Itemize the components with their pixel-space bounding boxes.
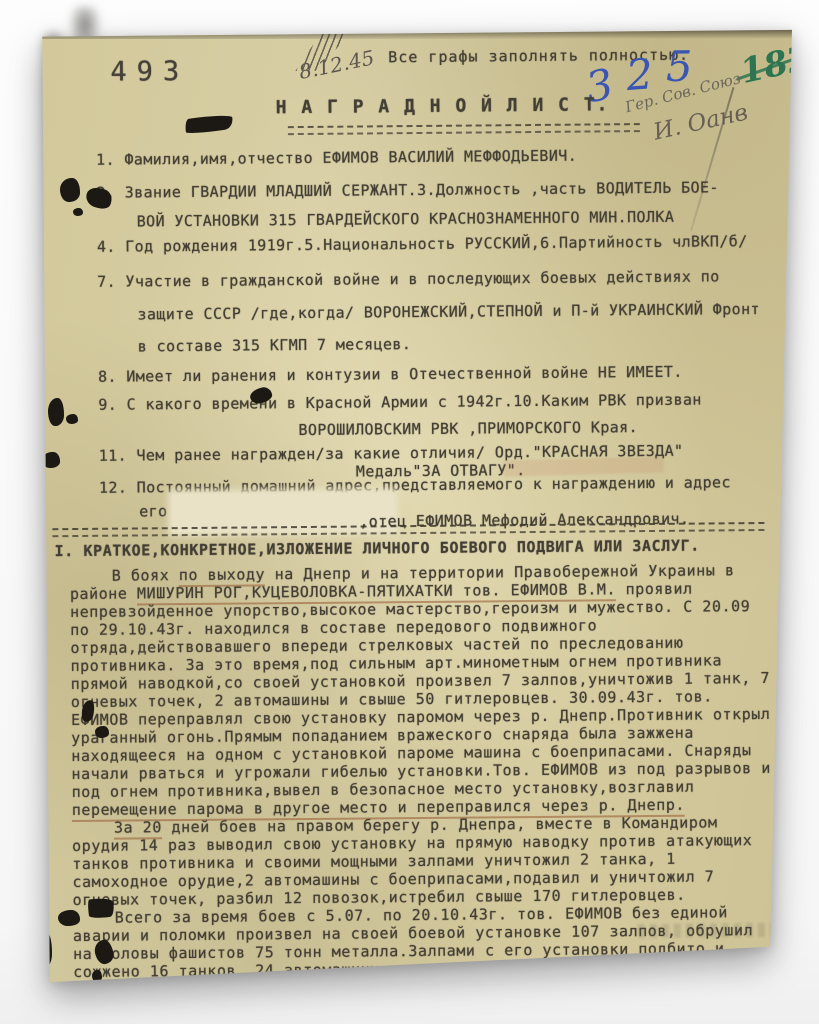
bleed-through-marks — [638, 923, 788, 938]
section-divider — [52, 522, 764, 537]
pencil-date-annotation: 8.12.45 — [297, 45, 377, 84]
text-run: Всего за время боев с 5.07. по 20.10.43г… — [73, 903, 753, 981]
ink-blot — [42, 452, 60, 468]
feat-paragraph-2: За 20 дней боев на правом берегу р. Днеп… — [72, 813, 775, 909]
text-run: проявил непревзойденное упорство,высокое… — [70, 580, 771, 801]
field-rank-line2: ВОЙ УСТАНОВКИ 315 ГВАРДЕЙСКОГО КРАСНОЗНА… — [137, 208, 675, 231]
document-page-wrapper: 493 8.12.45 Все графы заполнять полность… — [40, 28, 795, 985]
text-run: В боях — [112, 566, 179, 585]
page-content: 493 8.12.45 Все графы заполнять полность… — [40, 25, 803, 989]
document-number-stamp: 493 — [110, 56, 189, 88]
field-participation-line1: 7. Участие в гражданской войне и в после… — [97, 267, 720, 290]
field-name: 1. Фамилия,имя,отчество ЕФИМОВ ВАСИЛИЙ М… — [96, 147, 577, 169]
ink-blot — [66, 414, 78, 424]
field-army-since-line1: 9. С какого времени в Красной Армии с 19… — [98, 391, 702, 414]
field-rank-line1: 2. Звание ГВАРДИИ МЛАДШИЙ СЕРЖАНТ.3.Долж… — [96, 178, 719, 201]
field-army-since-line2: ВОРОШИЛОВСКИМ РВК ,ПРИМОРСКОГО Края. — [298, 418, 638, 439]
ink-blot — [48, 398, 64, 426]
section-heading: I. КРАТКОЕ,КОНКРЕТНОЕ,ИЗЛОЖЕНИЕ ЛИЧНОГО … — [54, 537, 699, 561]
ink-blot — [40, 933, 52, 967]
ink-blot — [60, 178, 80, 202]
feat-paragraph-3: Всего за время боев с 5.07. по 20.10.43г… — [73, 903, 776, 981]
pencil-signature: И. Оанв — [651, 99, 750, 145]
document-page: 493 8.12.45 Все графы заполнять полность… — [40, 28, 795, 985]
field-participation-line3: в составе 315 КГМП 7 месяцев. — [138, 335, 412, 355]
field-wounds: 8. Имеет ли ранения и контузии в Отечест… — [98, 363, 683, 386]
scan-background: 493 8.12.45 Все графы заполнять полность… — [0, 0, 819, 1024]
ink-blot — [92, 970, 102, 982]
document-title: Н А Г Р А Д Н О Й Л И С Т. — [276, 94, 610, 118]
field-birth-nationality-party: 4. Год рождения 1919г.5.Национальность Р… — [97, 232, 748, 256]
ink-blot — [73, 208, 83, 216]
ink-blot — [58, 910, 80, 926]
text-run: дней боев на правом берегу р. Днепра, вм… — [72, 813, 752, 909]
field-participation-line2: защите СССР /где,когда/ ВОРОНЕЖСКИЙ,СТЕП… — [137, 300, 760, 323]
green-crossed-number-annotation: 182 — [737, 38, 815, 92]
ink-blot — [87, 896, 116, 919]
title-underline-rule — [288, 123, 640, 135]
feat-paragraph-1: В боях по выходу на Днепр и на территори… — [70, 561, 774, 819]
feat-description: В боях по выходу на Днепр и на территори… — [70, 561, 776, 981]
ink-blot — [95, 726, 109, 738]
